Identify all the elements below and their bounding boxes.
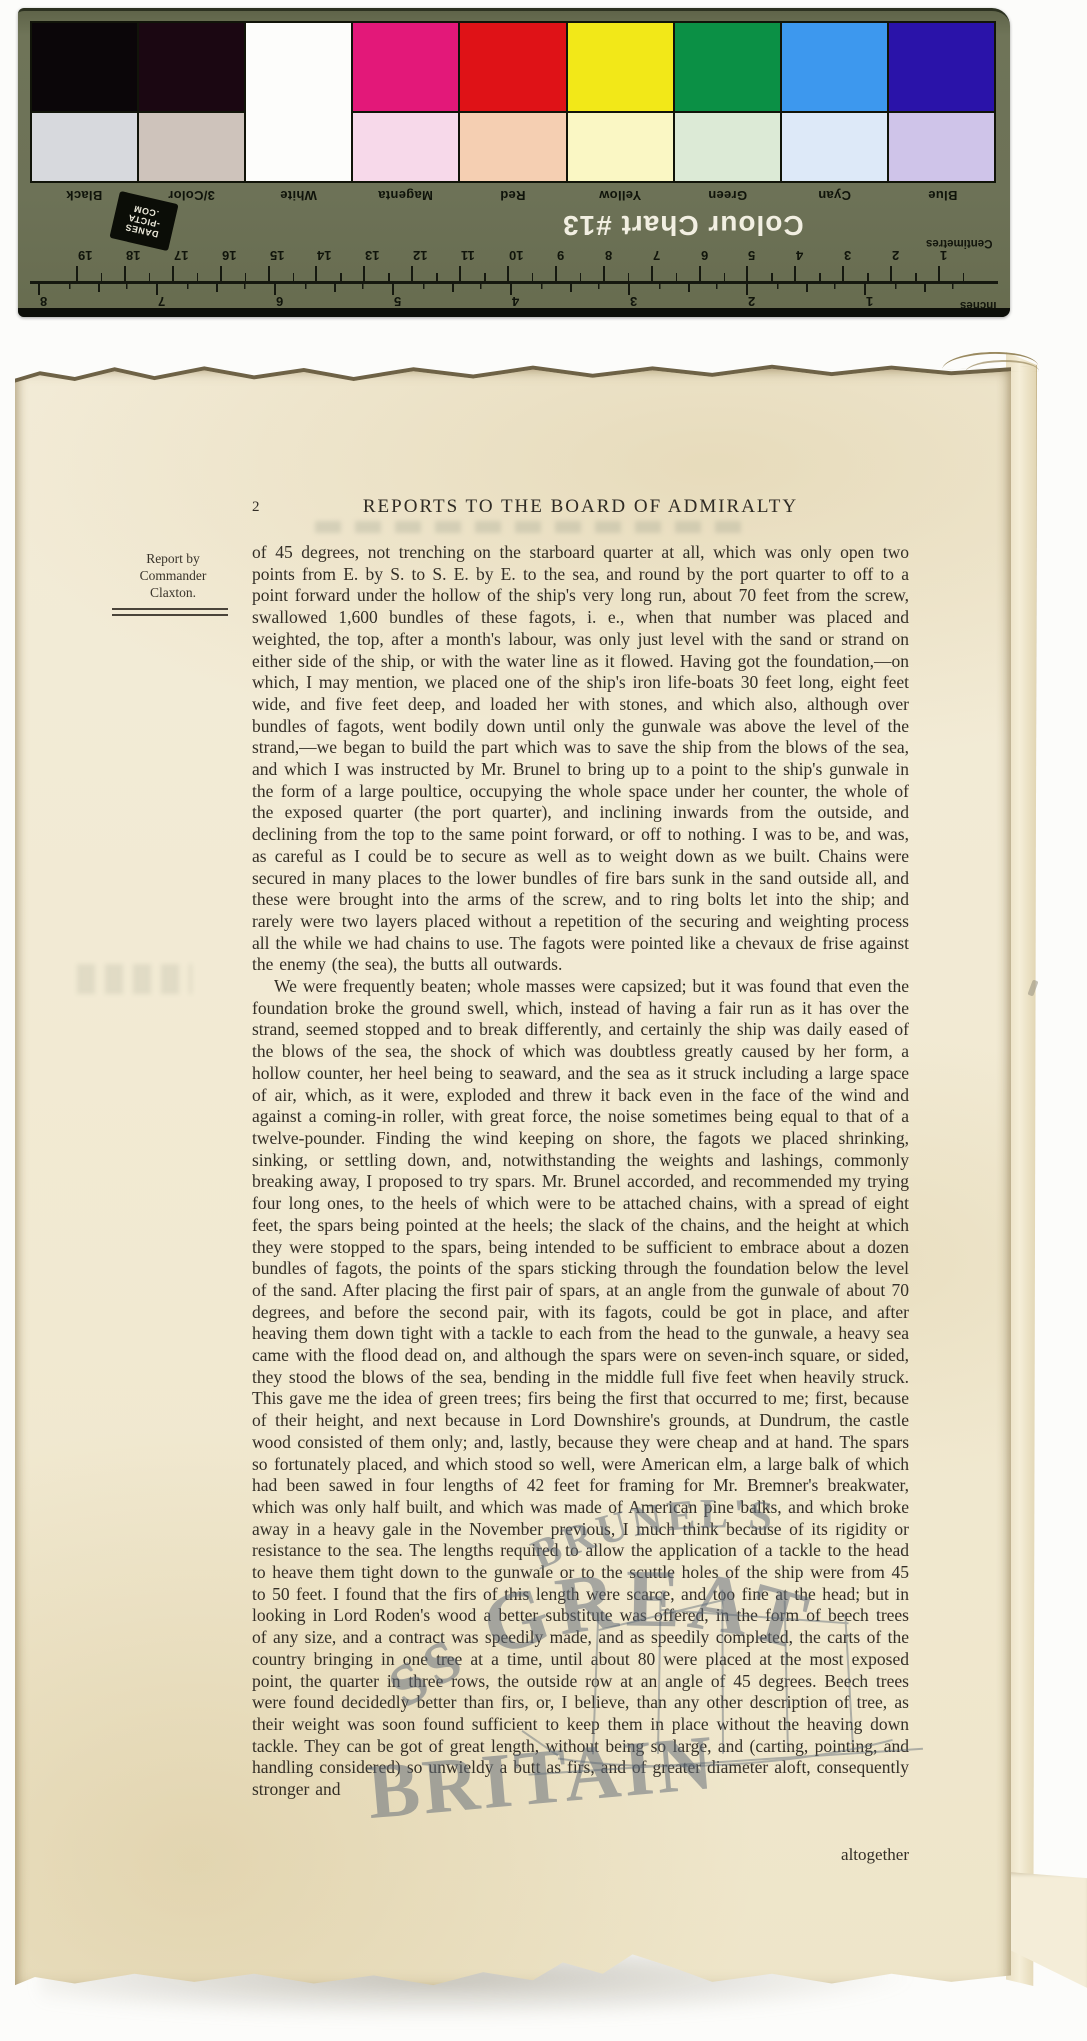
cm-tick-cell xyxy=(172,266,220,281)
color-column xyxy=(568,23,675,181)
inch-number-cell: 7 xyxy=(156,294,274,310)
cm-ticks xyxy=(76,266,986,281)
color-column xyxy=(353,23,460,181)
color-swatch-saturated xyxy=(139,23,244,111)
color-label: Magenta xyxy=(378,188,433,203)
color-column xyxy=(782,23,889,181)
inch-number-cell: 8 xyxy=(38,294,156,310)
cm-number-cell: 6 xyxy=(699,248,747,264)
inch-number-cell: 5 xyxy=(392,294,510,310)
cm-tick-cell xyxy=(363,266,411,281)
inch-number: 8 xyxy=(40,294,47,309)
cm-number: 10 xyxy=(509,248,523,263)
cm-number-cell: 11 xyxy=(459,248,507,264)
color-label: Black xyxy=(66,188,102,203)
cm-number: 18 xyxy=(126,248,140,263)
cm-tick-cell xyxy=(890,266,938,281)
cm-number-cell: 18 xyxy=(124,248,172,264)
cm-number: 7 xyxy=(653,248,660,263)
cm-tick-cell xyxy=(794,266,842,281)
show-through-smudge xyxy=(77,964,192,994)
color-column xyxy=(246,23,353,181)
cm-number: 19 xyxy=(78,248,92,263)
cm-number: 9 xyxy=(557,248,564,263)
inch-number: 1 xyxy=(866,294,873,309)
cm-tick-cell xyxy=(268,266,316,281)
color-swatch-saturated xyxy=(568,23,673,111)
cm-number-cell: 4 xyxy=(794,248,842,264)
cm-number: 6 xyxy=(701,248,708,263)
cm-tick-cell xyxy=(555,266,603,281)
margin-note-line: Claxton. xyxy=(103,584,243,601)
color-label: Green xyxy=(708,188,747,203)
color-column xyxy=(460,23,567,181)
color-label-cell: Cyan xyxy=(781,183,888,207)
color-swatch-tint xyxy=(460,111,565,181)
document-page: 2 REPORTS TO THE BOARD OF ADMIRALTY Repo… xyxy=(15,368,1011,1990)
color-swatch-tint xyxy=(889,111,994,181)
color-swatch-saturated xyxy=(460,23,565,111)
inch-number-cell: 4 xyxy=(510,294,628,310)
cm-number-cell: 3 xyxy=(842,248,890,264)
show-through-smudge xyxy=(315,521,745,533)
chart-title: Colour Chart #13 xyxy=(562,209,804,241)
inch-number: 6 xyxy=(276,294,283,309)
cm-number: 8 xyxy=(605,248,612,263)
margin-double-rule xyxy=(112,608,228,616)
color-swatch-saturated xyxy=(889,23,994,111)
color-label-cell: White xyxy=(245,183,352,207)
cm-number: 2 xyxy=(892,248,899,263)
color-swatch-tint xyxy=(782,111,887,181)
margin-note: Report byCommanderClaxton. xyxy=(103,550,243,601)
cm-number: 11 xyxy=(461,248,475,263)
color-label: Red xyxy=(500,188,525,203)
color-label-cell: Yellow xyxy=(567,183,674,207)
cm-tick-cell xyxy=(124,266,172,281)
cm-tick-cell xyxy=(315,266,363,281)
cm-number-cell: 14 xyxy=(315,248,363,264)
inches-label: Inches xyxy=(960,299,996,311)
color-swatch-tint xyxy=(353,111,458,181)
inch-number: 5 xyxy=(394,294,401,309)
cm-number-cell: 19 xyxy=(76,248,124,264)
color-label-cell: Blue xyxy=(889,183,996,207)
cm-tick-cell xyxy=(459,266,507,281)
color-column xyxy=(139,23,246,181)
cm-number: 3 xyxy=(844,248,851,263)
color-column xyxy=(30,23,139,181)
body-text: of 45 degrees, not trenching on the star… xyxy=(252,542,909,1801)
body-paragraph: We were frequently beaten; whole masses … xyxy=(252,976,909,1801)
color-label: Yellow xyxy=(599,188,641,203)
color-label: White xyxy=(280,188,317,203)
cm-tick-cell xyxy=(938,266,986,281)
cm-number: 14 xyxy=(317,248,331,263)
cm-number-cell: 15 xyxy=(268,248,316,264)
cm-number-cell: 12 xyxy=(411,248,459,264)
inch-number-cell: 6 xyxy=(274,294,392,310)
inches-label-box: Inches xyxy=(960,295,996,313)
cm-number-cell: 2 xyxy=(890,248,938,264)
color-swatch-tint xyxy=(139,111,244,181)
cm-number-cell: 8 xyxy=(603,248,651,264)
inch-number: 2 xyxy=(748,294,755,309)
cm-tick-cell xyxy=(699,266,747,281)
color-label: Cyan xyxy=(818,188,851,203)
margin-note-line: Commander xyxy=(103,567,243,584)
color-swatch-tint xyxy=(675,111,780,181)
cm-tick-cell xyxy=(507,266,555,281)
margin-note-line: Report by xyxy=(103,550,243,567)
color-swatch-saturated xyxy=(246,23,351,111)
color-label-cell: Magenta xyxy=(352,183,459,207)
inch-number: 3 xyxy=(630,294,637,309)
cm-number-cell: 5 xyxy=(746,248,794,264)
color-swatch-tint xyxy=(568,111,673,181)
color-label-cell: Red xyxy=(459,183,566,207)
inch-ruler: 8 7 6 5 4 3 2 1 Inches xyxy=(30,283,998,311)
inch-numbers: 8 7 6 5 4 3 2 1 xyxy=(38,294,982,310)
cm-tick-cell xyxy=(651,266,699,281)
color-swatch-saturated xyxy=(32,23,137,111)
cm-number: 15 xyxy=(270,248,284,263)
cm-number-cell: 16 xyxy=(220,248,268,264)
cm-number: 1 xyxy=(940,248,947,263)
cm-number-cell: 7 xyxy=(651,248,699,264)
chart-title-box: Colour Chart #13 xyxy=(398,209,968,247)
cm-tick-cell xyxy=(603,266,651,281)
color-swatch-saturated xyxy=(353,23,458,111)
inch-number-cell: 3 xyxy=(628,294,746,310)
cm-tick-cell xyxy=(76,266,124,281)
cm-tick-cell xyxy=(411,266,459,281)
cm-number-cell: 9 xyxy=(555,248,603,264)
inch-number: 7 xyxy=(158,294,165,309)
scanned-document-photo: Black 3/Color White Magenta Red Yellow G… xyxy=(0,0,1087,2041)
color-swatch-saturated xyxy=(782,23,887,111)
cm-numbers: 19 18 17 16 15 14 13 12 11 10 xyxy=(76,248,986,264)
color-swatch-saturated xyxy=(675,23,780,111)
cm-number: 13 xyxy=(365,248,379,263)
cm-number: 16 xyxy=(222,248,236,263)
page-header-title: REPORTS TO THE BOARD OF ADMIRALTY xyxy=(252,496,909,518)
color-label: Blue xyxy=(928,188,957,203)
color-swatch-tint xyxy=(246,111,351,181)
color-swatch-tint xyxy=(32,111,137,181)
cm-number-cell: 13 xyxy=(363,248,411,264)
cm-tick-cell xyxy=(220,266,268,281)
centimetre-ruler: 19 18 17 16 15 14 13 12 11 10 xyxy=(30,249,998,284)
color-chart-card: Black 3/Color White Magenta Red Yellow G… xyxy=(18,8,1010,317)
cm-number: 4 xyxy=(796,248,803,263)
cm-number-cell: 17 xyxy=(172,248,220,264)
cm-tick-cell xyxy=(746,266,794,281)
cm-number-cell: 10 xyxy=(507,248,555,264)
cm-number-cell: 1 xyxy=(938,248,986,264)
color-patch-grid xyxy=(30,21,996,183)
cm-number: 12 xyxy=(413,248,427,263)
inch-number: 4 xyxy=(512,294,519,309)
cm-number: 17 xyxy=(174,248,188,263)
body-paragraph: of 45 degrees, not trenching on the star… xyxy=(252,542,909,976)
color-label-cell: Green xyxy=(674,183,781,207)
cm-number: 5 xyxy=(748,248,755,263)
catchword: altogether xyxy=(252,1845,909,1865)
color-column xyxy=(889,23,996,181)
inch-number-cell: 2 xyxy=(746,294,864,310)
cm-tick-cell xyxy=(842,266,890,281)
color-column xyxy=(675,23,782,181)
color-label: 3/Color xyxy=(168,188,215,203)
